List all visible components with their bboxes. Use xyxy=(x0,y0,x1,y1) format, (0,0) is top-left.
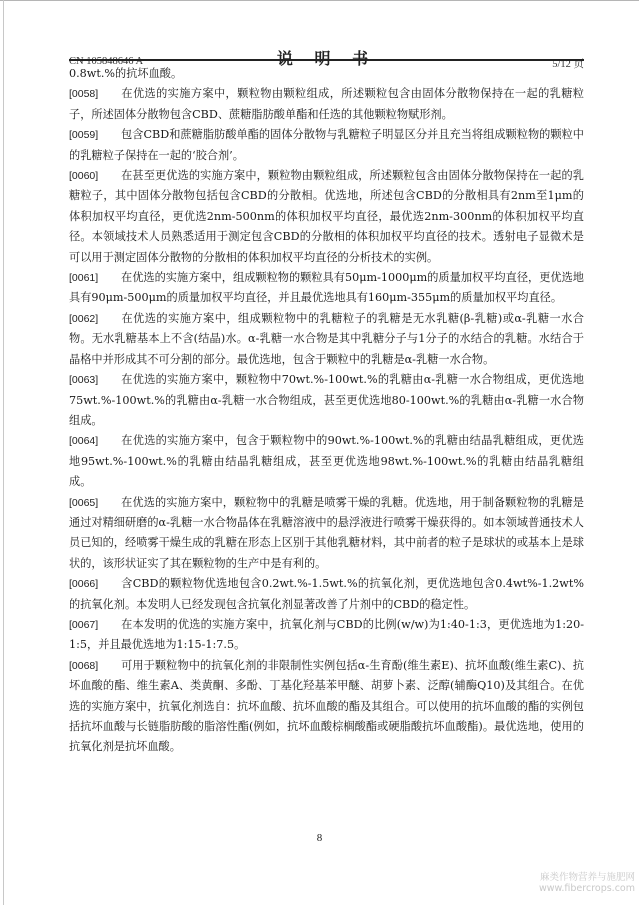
paragraph-0059: [0059]包含CBD和蔗糖脂肪酸单酯的固体分散物与乳糖粒子明显区分并且充当将组… xyxy=(69,125,584,166)
paragraph-text: 在优选的实施方案中，组成颗粒物的颗粒具有50μm-1000μm的质量加权平均直径… xyxy=(69,271,584,304)
paragraph-text: 包含CBD和蔗糖脂肪酸单酯的固体分散物与乳糖粒子明显区分并且充当将组成颗粒物的颗… xyxy=(69,128,584,161)
paragraph-text: 含CBD的颗粒物优选地包含0.2wt.%-1.5wt.%的抗氧化剂，更优选地包含… xyxy=(69,577,584,610)
paragraph-text: 可用于颗粒物中的抗氧化剂的非限制性实例包括α-生育酚(维生素E)、抗坏血酸(维生… xyxy=(69,659,584,754)
paragraph-0061: [0061]在优选的实施方案中，组成颗粒物的颗粒具有50μm-1000μm的质量… xyxy=(69,268,584,309)
paragraph-number: [0064] xyxy=(69,431,121,451)
paragraph-0065: [0065]在优选的实施方案中，颗粒物中的乳糖是喷雾干燥的乳糖。优选地，用于制备… xyxy=(69,493,584,575)
paragraph-0063: [0063]在优选的实施方案中，颗粒物中70wt.%-100wt.%的乳糖由α-… xyxy=(69,370,584,431)
paragraph-number: [0060] xyxy=(69,166,121,186)
paragraph-0066: [0066]含CBD的颗粒物优选地包含0.2wt.%-1.5wt.%的抗氧化剂，… xyxy=(69,574,584,615)
paragraph-number: [0062] xyxy=(69,309,121,329)
paragraph-text: 在优选的实施方案中，颗粒物中的乳糖是喷雾干燥的乳糖。优选地，用于制备颗粒物的乳糖… xyxy=(69,496,584,570)
paragraph-number: [0058] xyxy=(69,84,121,104)
document-body: 0.8wt.%的抗坏血酸。 [0058]在优选的实施方案中，颗粒物由颗粒组成，所… xyxy=(69,64,584,758)
page-top-border xyxy=(0,0,639,1)
continuation-text: 0.8wt.%的抗坏血酸。 xyxy=(69,64,584,84)
paragraph-0060: [0060]在甚至更优选的实施方案中，颗粒物由颗粒组成，所述颗粒包含由固体分散物… xyxy=(69,166,584,268)
paragraph-number: [0063] xyxy=(69,370,121,390)
paragraph-number: [0065] xyxy=(69,493,121,513)
page-left-border xyxy=(3,0,4,905)
paragraph-text: 在优选的实施方案中，颗粒物中70wt.%-100wt.%的乳糖由α-乳糖一水合物… xyxy=(69,373,584,427)
paragraph-text: 在本发明的优选的实施方案中，抗氧化剂与CBD的比例(w/w)为1:40-1:3，… xyxy=(69,618,584,651)
watermark-url: www.fibercrops.com xyxy=(539,883,635,894)
header-divider xyxy=(69,59,584,61)
watermark-site-name: 麻类作物营养与施肥网 xyxy=(539,872,635,883)
site-watermark: 麻类作物营养与施肥网 www.fibercrops.com xyxy=(539,872,635,894)
page-number: 8 xyxy=(0,832,639,844)
paragraph-number: [0059] xyxy=(69,125,121,145)
paragraph-0064: [0064]在优选的实施方案中，包含于颗粒物中的90wt.%-100wt.%的乳… xyxy=(69,431,584,492)
paragraph-0058: [0058]在优选的实施方案中，颗粒物由颗粒组成，所述颗粒包含由固体分散物保持在… xyxy=(69,84,584,125)
paragraph-text: 在优选的实施方案中，组成颗粒物中的乳糖粒子的乳糖是无水乳糖(β-乳糖)或α-乳糖… xyxy=(69,312,584,366)
paragraph-number: [0068] xyxy=(69,656,121,676)
paragraph-0062: [0062]在优选的实施方案中，组成颗粒物中的乳糖粒子的乳糖是无水乳糖(β-乳糖… xyxy=(69,309,584,370)
paragraph-0067: [0067]在本发明的优选的实施方案中，抗氧化剂与CBD的比例(w/w)为1:4… xyxy=(69,615,584,656)
paragraph-number: [0067] xyxy=(69,615,121,635)
paragraph-text: 在优选的实施方案中，包含于颗粒物中的90wt.%-100wt.%的乳糖由结晶乳糖… xyxy=(69,434,584,488)
paragraph-number: [0061] xyxy=(69,268,121,288)
paragraph-0068: [0068]可用于颗粒物中的抗氧化剂的非限制性实例包括α-生育酚(维生素E)、抗… xyxy=(69,656,584,758)
paragraph-text: 在甚至更优选的实施方案中，颗粒物由颗粒组成，所述颗粒包含由固体分散物保持在一起的… xyxy=(69,169,584,264)
paragraph-text: 在优选的实施方案中，颗粒物由颗粒组成，所述颗粒包含由固体分散物保持在一起的乳糖粒… xyxy=(69,87,584,120)
paragraph-number: [0066] xyxy=(69,574,121,594)
